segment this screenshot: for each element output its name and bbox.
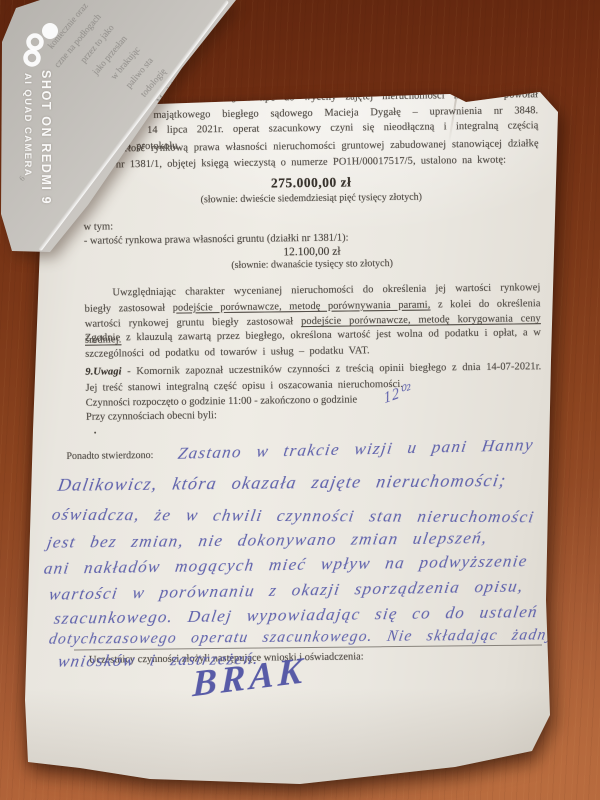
watermark-ai-quad-text: AI QUAD CAMERA xyxy=(22,73,33,177)
folded-page-wrapper: koniecznie oraz czne na podłogach przez … xyxy=(0,0,600,800)
ai-camera-logo-icon xyxy=(20,20,64,70)
folded-page-corner: koniecznie oraz czne na podłogach przez … xyxy=(0,0,600,800)
watermark-shot-on-text: SHOT ON REDMI 9 xyxy=(39,70,53,205)
photo-of-document: 8.Oszacowanie z podaniem podstaw - Na po… xyxy=(0,0,600,800)
